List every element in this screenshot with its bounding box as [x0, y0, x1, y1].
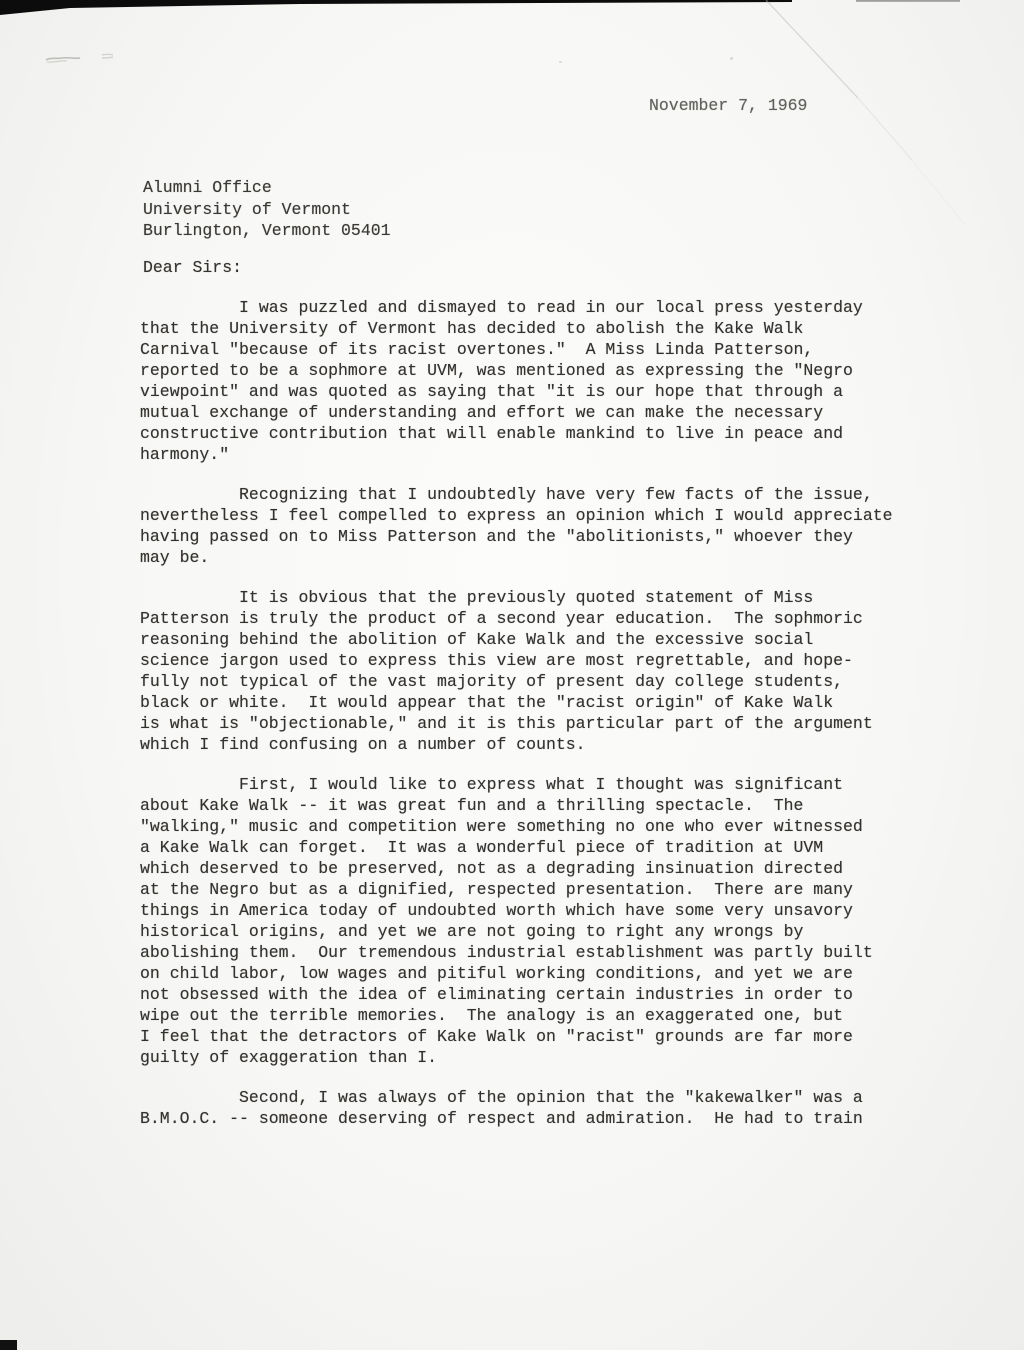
paragraph-4: First, I would like to express what I th…	[140, 774, 940, 1068]
recipient-address: Alumni Office University of Vermont Burl…	[143, 177, 391, 242]
pencil-scribble	[38, 44, 148, 74]
paragraph-3: It is obvious that the previously quoted…	[140, 587, 940, 755]
letter-date: November 7, 1969	[649, 95, 807, 116]
salutation: Dear Sirs:	[143, 257, 242, 278]
recipient-line-university: University of Vermont	[143, 199, 391, 221]
recipient-line-city: Burlington, Vermont 05401	[143, 220, 391, 242]
paragraph-2: Recognizing that I undoubtedly have very…	[140, 484, 940, 568]
paper-speck	[730, 57, 733, 60]
scan-edge-artifact	[0, 0, 1024, 20]
letter-body: I was puzzled and dismayed to read in ou…	[140, 297, 940, 1129]
scan-corner-mark	[0, 1340, 17, 1350]
recipient-line-office: Alumni Office	[143, 177, 391, 199]
paragraph-5: Second, I was always of the opinion that…	[140, 1087, 940, 1129]
paragraph-1: I was puzzled and dismayed to read in ou…	[140, 297, 940, 465]
letter-page: November 7, 1969 Alumni Office Universit…	[0, 0, 1024, 1350]
paper-speck	[559, 61, 562, 63]
